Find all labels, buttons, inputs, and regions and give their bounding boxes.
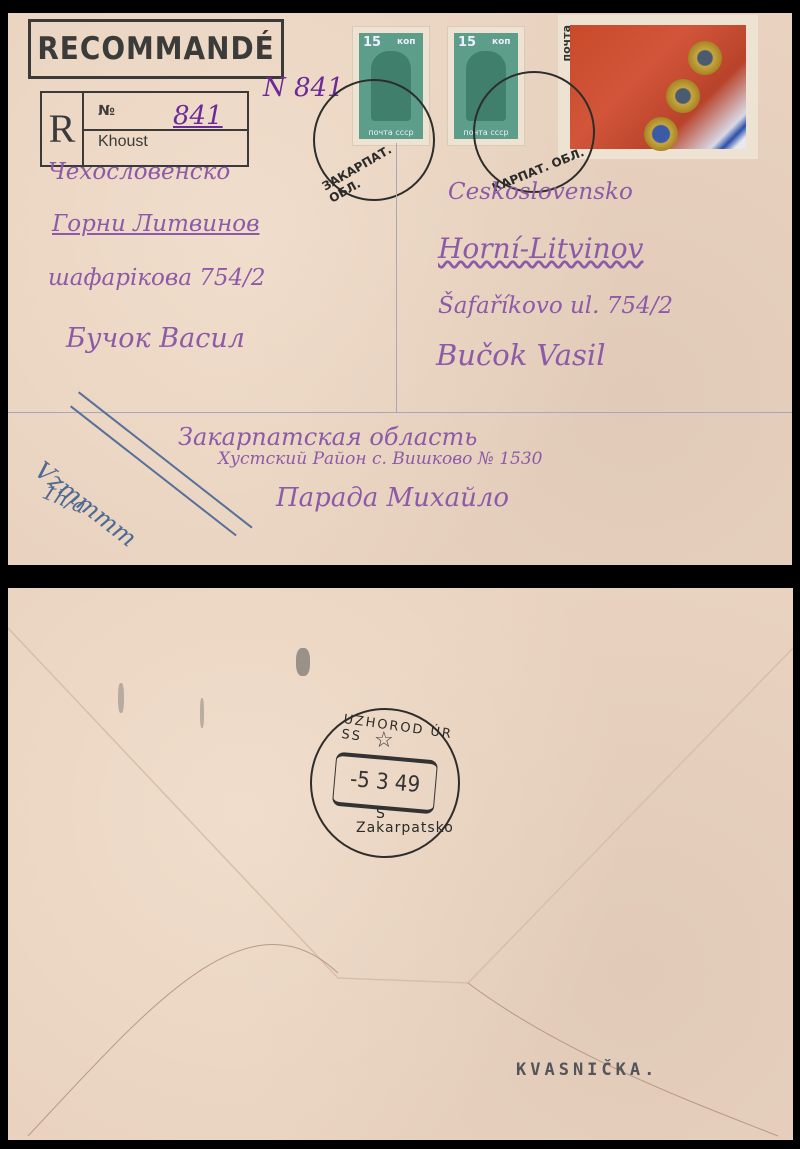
stamp-unit: коп [492, 37, 511, 47]
ink-smudge [296, 648, 310, 676]
envelope-front: RECOMMANDÉ R № Khoust 841 N 841 15 коп п… [8, 13, 792, 565]
ink-smudge [118, 683, 124, 713]
address-cyrillic-name: Бучок Васил [66, 325, 245, 352]
medal-icon [644, 117, 678, 151]
sender-name: Парада Михайло [276, 485, 509, 511]
registration-number-handwritten: 841 [173, 101, 223, 131]
sender-district: Хустский Район с. Вишково № 1530 [218, 451, 543, 468]
stamp-denomination: 15 [363, 35, 381, 50]
address-cyrillic-country: Чехословенско [48, 161, 230, 184]
medals-artwork [570, 25, 746, 149]
postmark-circle: ЗАКАРПАТ. ОБЛ. [313, 79, 435, 201]
address-latin-name: Bučok Vasil [436, 341, 605, 370]
stamp-unit: коп [397, 37, 416, 47]
postmark-circle: КАРПАТ. ОБЛ. [473, 71, 595, 193]
postmark-date: -5 3 49 [332, 752, 438, 815]
medal-icon [666, 79, 700, 113]
medal-icon [688, 41, 722, 75]
address-cyrillic-street: шафарікова 754/2 [48, 267, 266, 290]
envelope-back: UZHOROD ÚR SS ☆ -5 3 49 S Zakarpatsko KV… [8, 588, 793, 1140]
stamp-denomination: 15 [458, 35, 476, 50]
address-divider-horizontal [8, 412, 792, 413]
address-latin-street: Šafaříkovo ul. 754/2 [438, 295, 673, 318]
sender-handstamp: KVASNIČKA. [516, 1060, 658, 1080]
registration-letter: R [42, 93, 84, 165]
recommande-handstamp: RECOMMANDÉ [28, 19, 284, 79]
envelope-flap-lines [8, 588, 793, 1140]
ink-smudge [200, 698, 204, 728]
sender-region: Закарпатская область [178, 425, 477, 449]
address-divider-vertical [396, 143, 397, 413]
registration-office: Khoust [98, 133, 148, 151]
postmark-text: ЗАКАРПАТ. ОБЛ. [320, 124, 433, 205]
address-latin-town: Horní-Litvinov [438, 235, 643, 263]
star-icon: ☆ [374, 728, 394, 753]
receiving-postmark: UZHOROD ÚR SS ☆ -5 3 49 S Zakarpatsko [310, 708, 460, 858]
address-cyrillic-town: Горни Литвинов [52, 213, 259, 236]
postmark-bottom-text: Zakarpatsko [356, 820, 454, 836]
stamp-inscription: почта [560, 25, 573, 62]
address-latin-country: Ceskoslovensko [448, 181, 633, 204]
